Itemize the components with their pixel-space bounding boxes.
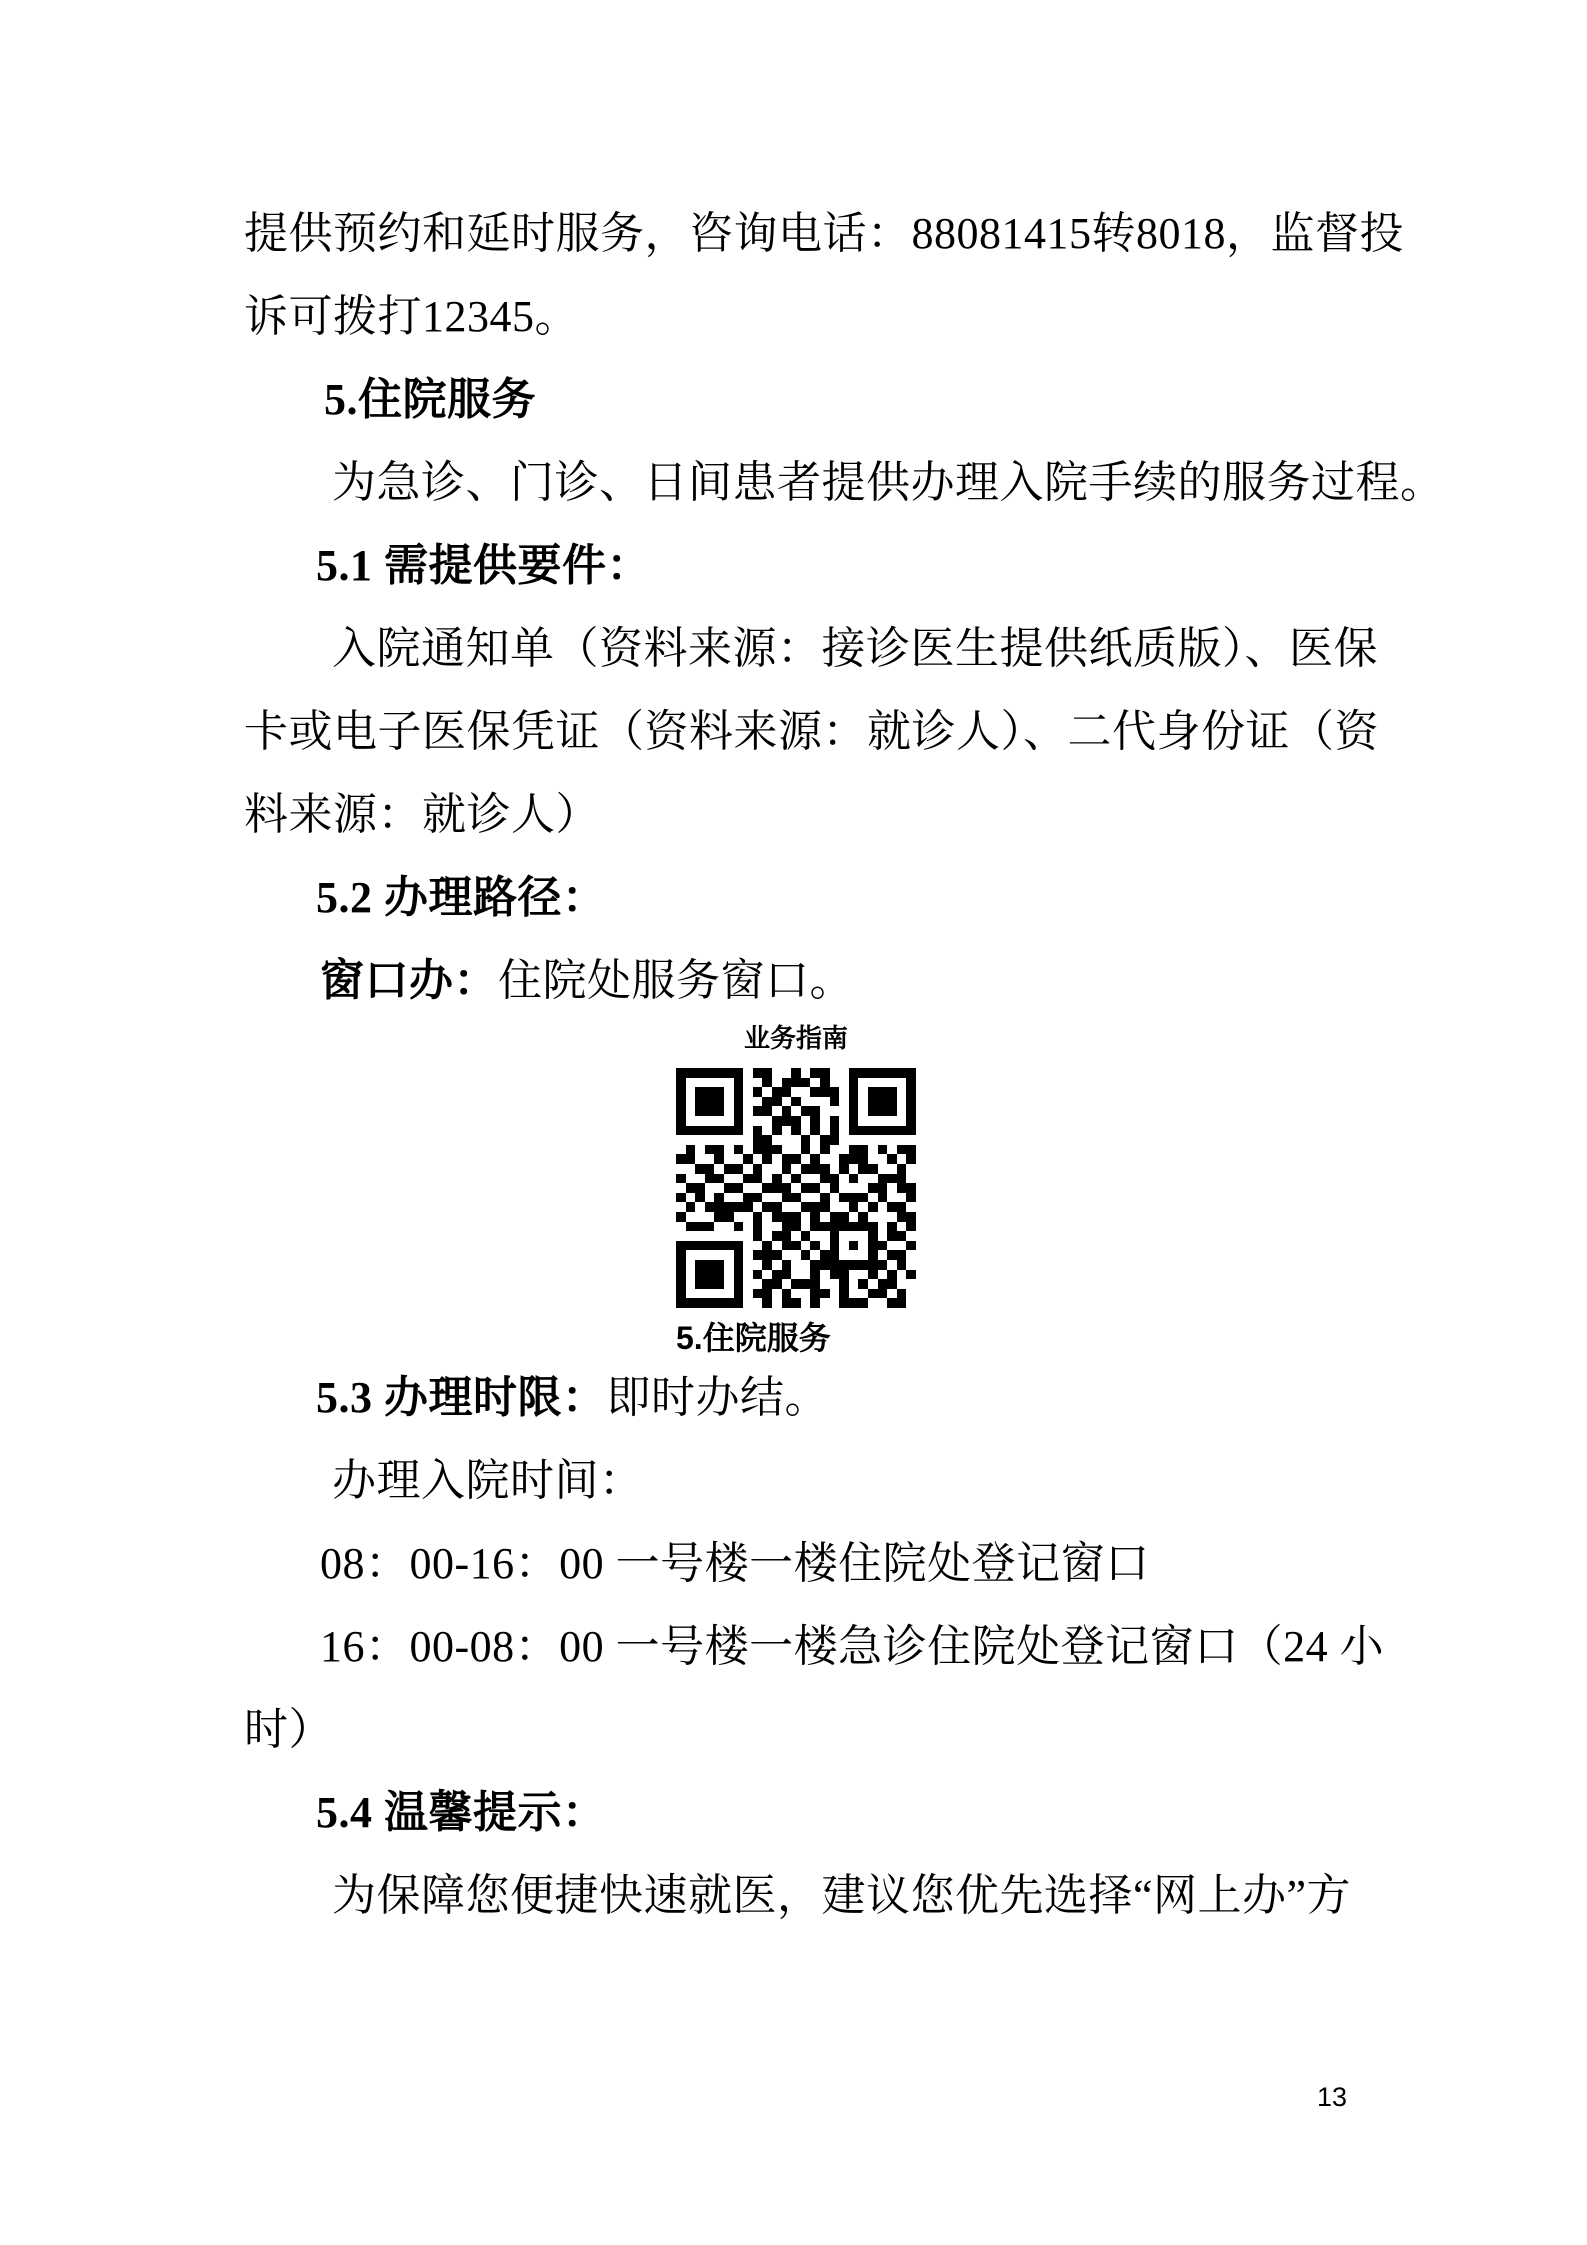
- para-phone-info-line-1: 提供预约和延时服务，咨询电话：88081415转8018，监督投: [244, 192, 1348, 275]
- time-limit-label: 5.3 办理时限：: [316, 1373, 607, 1422]
- window-service-value: 住院处服务窗口。: [498, 956, 854, 1005]
- qr-block: 业务指南 5.住院服务: [676, 1022, 916, 1356]
- document-page: 提供预约和延时服务，咨询电话：88081415转8018，监督投 诉可拨打123…: [0, 0, 1587, 2245]
- para-tips-line-1: 为保障您便捷快速就医，建议您优先选择“网上办”方: [244, 1854, 1348, 1937]
- window-service-label: 窗口办：: [320, 956, 498, 1005]
- heading-5-2-process-path: 5.2 办理路径：: [244, 856, 1348, 939]
- qr-code: [676, 1068, 916, 1308]
- para-admission-time-night-line-1: 16：00-08：00 一号楼一楼急诊住院处登记窗口（24 小: [244, 1605, 1348, 1688]
- para-service-description: 为急诊、门诊、日间患者提供办理入院手续的服务过程。: [244, 441, 1348, 524]
- para-required-documents-line-3: 料来源：就诊人）: [244, 773, 1348, 856]
- para-required-documents-line-1: 入院通知单（资料来源：接诊医生提供纸质版）、医保: [244, 607, 1348, 690]
- document-body: 提供预约和延时服务，咨询电话：88081415转8018，监督投 诉可拨打123…: [244, 192, 1348, 1937]
- heading-5-4-tips: 5.4 温馨提示：: [244, 1771, 1348, 1854]
- page-number: 13: [1317, 2082, 1347, 2113]
- heading-5-inpatient-service: 5.住院服务: [244, 358, 1348, 441]
- heading-5-1-required-documents: 5.1 需提供要件：: [244, 524, 1348, 607]
- para-phone-info-line-2: 诉可拨打12345。: [244, 275, 1348, 358]
- para-window-service: 窗口办：住院处服务窗口。: [244, 939, 1348, 1022]
- qr-caption: 5.住院服务: [676, 1320, 916, 1356]
- para-admission-time-night-line-2: 时）: [244, 1688, 1348, 1771]
- qr-title: 业务指南: [676, 1022, 916, 1054]
- para-required-documents-line-2: 卡或电子医保凭证（资料来源：就诊人）、二代身份证（资: [244, 690, 1348, 773]
- time-limit-value: 即时办结。: [607, 1373, 830, 1422]
- heading-5-3-time-limit: 5.3 办理时限：即时办结。: [244, 1356, 1348, 1439]
- para-admission-time-day: 08：00-16：00 一号楼一楼住院处登记窗口: [244, 1522, 1348, 1605]
- para-admission-time-label: 办理入院时间：: [244, 1439, 1348, 1522]
